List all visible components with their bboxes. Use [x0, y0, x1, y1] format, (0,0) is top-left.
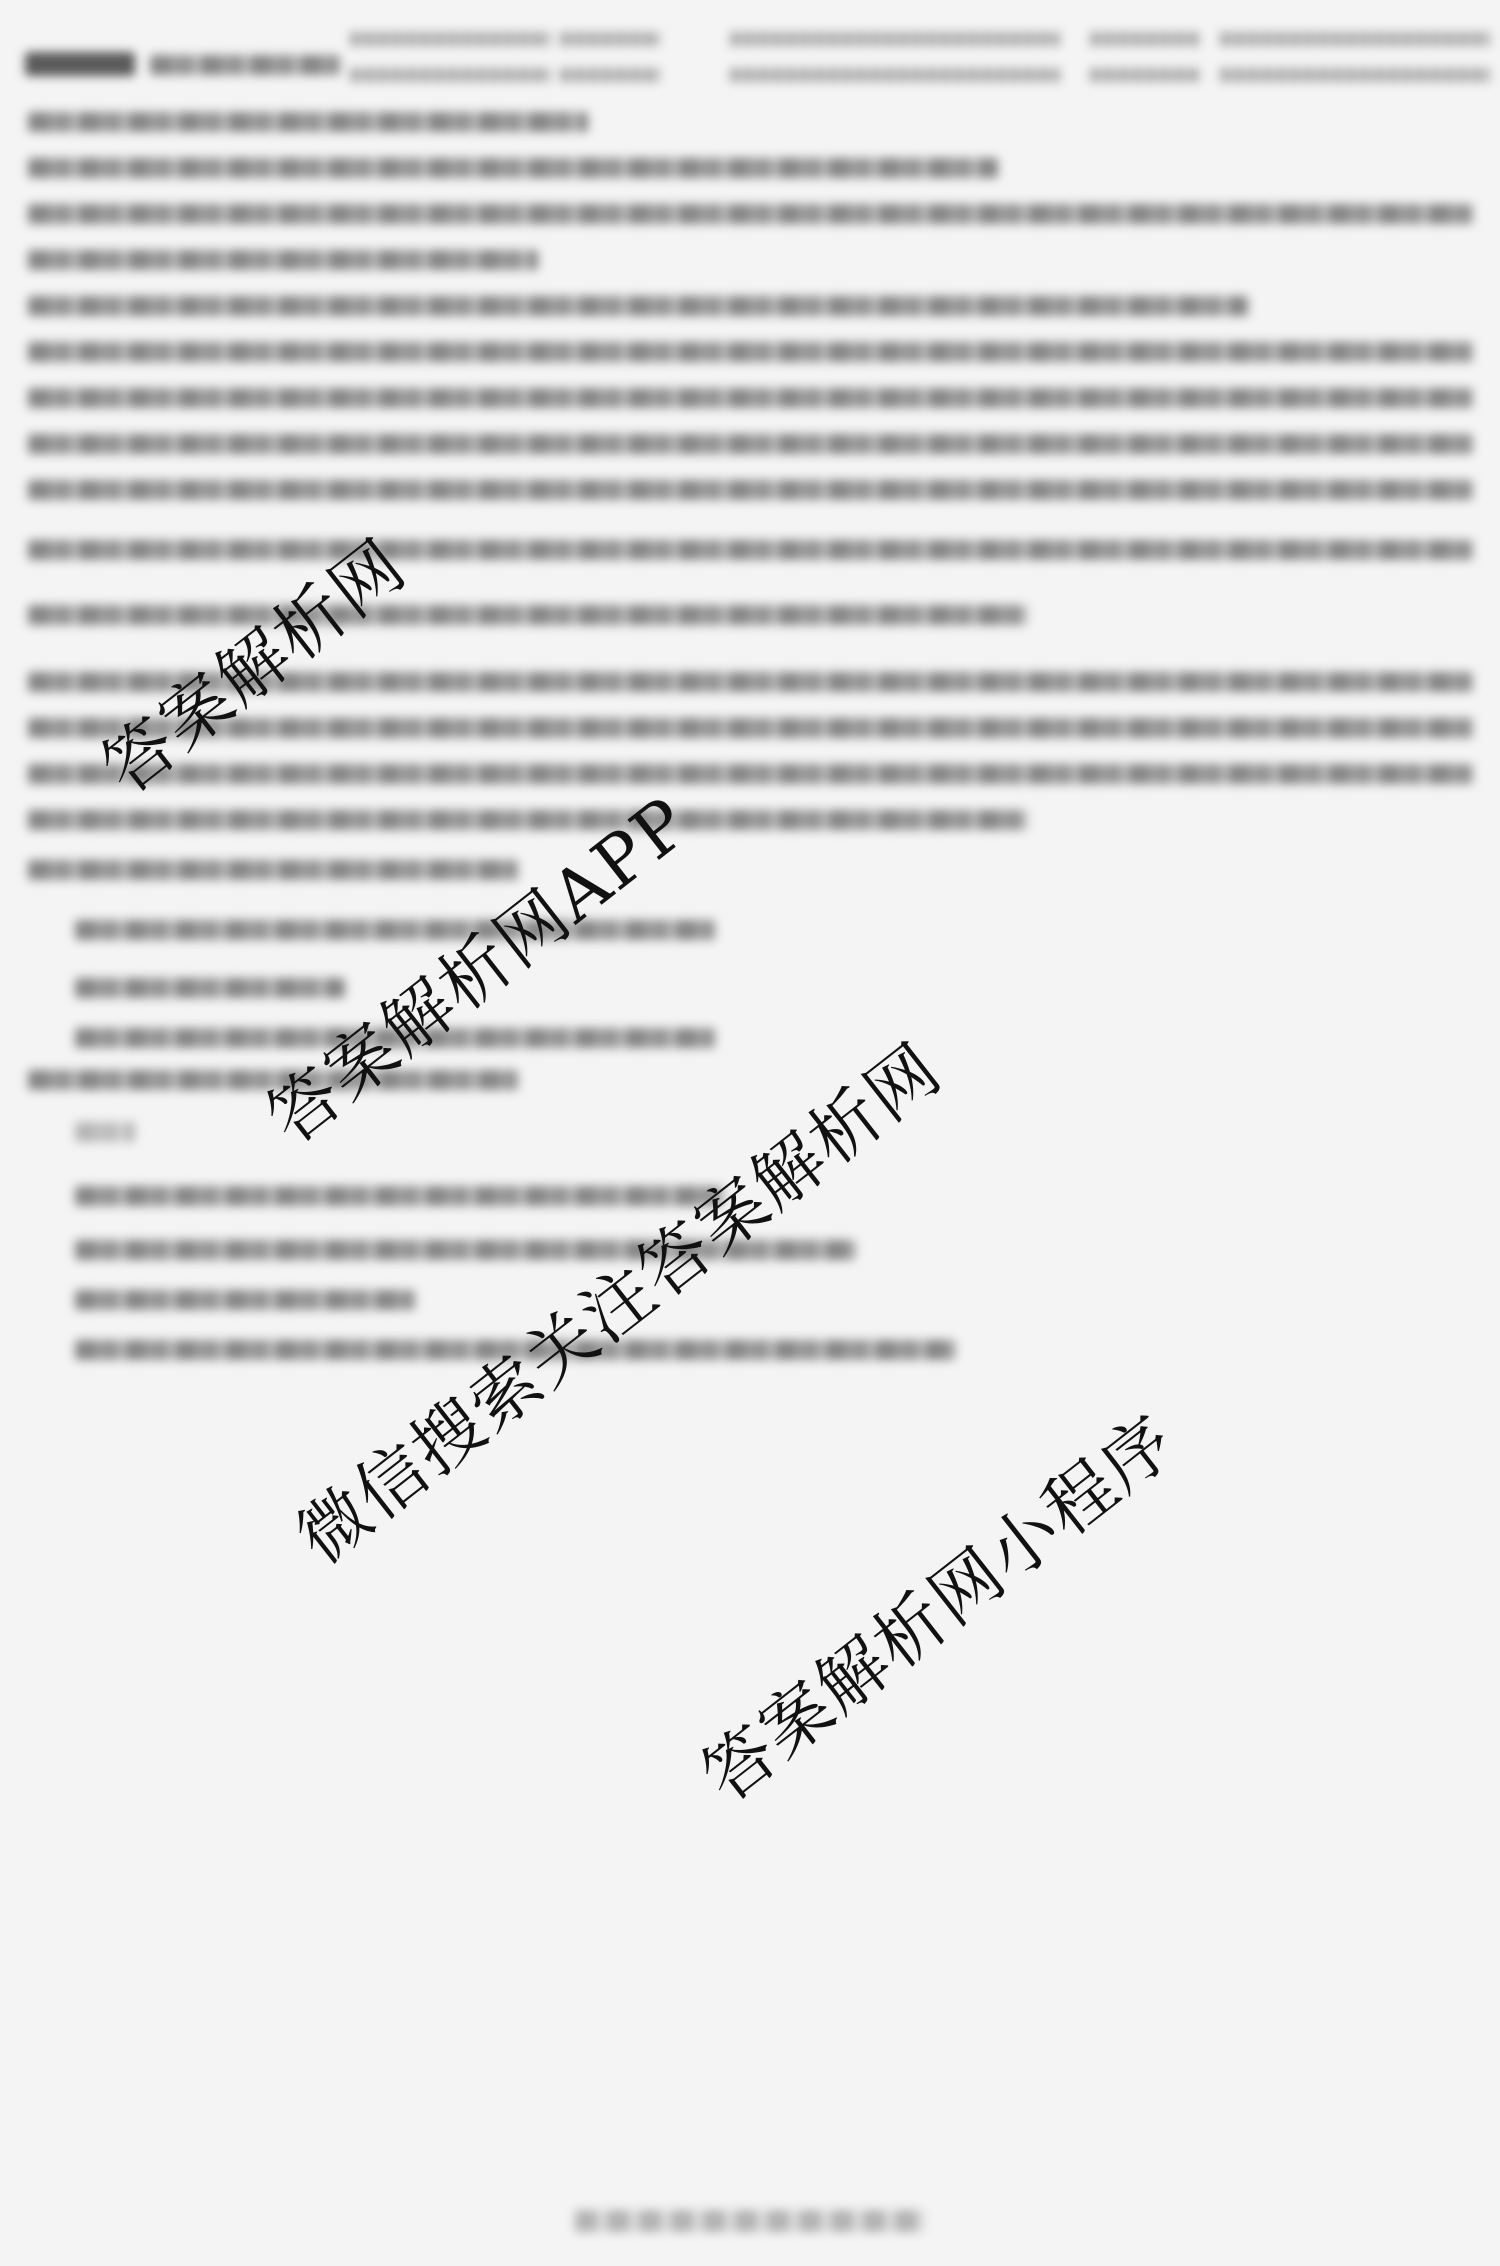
- text-line: [75, 1290, 415, 1310]
- text-line: [28, 204, 1473, 224]
- formula-fraction: [560, 32, 660, 46]
- text-line: [75, 978, 345, 998]
- formula-fraction: [350, 32, 550, 46]
- text-line: [28, 296, 1248, 316]
- text-line: [28, 480, 1473, 500]
- page-footer: [575, 2210, 925, 2232]
- text-line: [28, 810, 1028, 830]
- formula-fraction: [350, 68, 550, 82]
- answer-label: [25, 52, 135, 76]
- formula-fraction: [730, 68, 1060, 82]
- text-line: [28, 250, 538, 270]
- formula-fraction: [560, 68, 660, 82]
- question-17-heading: [28, 860, 518, 880]
- text-line: [28, 112, 588, 132]
- text-line: [28, 764, 1473, 784]
- text-line: [28, 158, 998, 178]
- text-line: [150, 55, 340, 75]
- formula-fraction: [730, 32, 1060, 46]
- formula-fraction: [1220, 68, 1490, 82]
- formula-fraction: [1090, 32, 1200, 46]
- formula-fraction: [1090, 68, 1200, 82]
- text-line: [28, 434, 1473, 454]
- formula-fraction: [1220, 32, 1490, 46]
- text-line: [28, 540, 1473, 560]
- text-line: [28, 342, 1473, 362]
- text-line: [75, 1122, 135, 1142]
- text-line: [75, 1186, 725, 1206]
- text-line: [75, 920, 715, 940]
- text-line: [28, 388, 1473, 408]
- text-line: [28, 605, 1028, 625]
